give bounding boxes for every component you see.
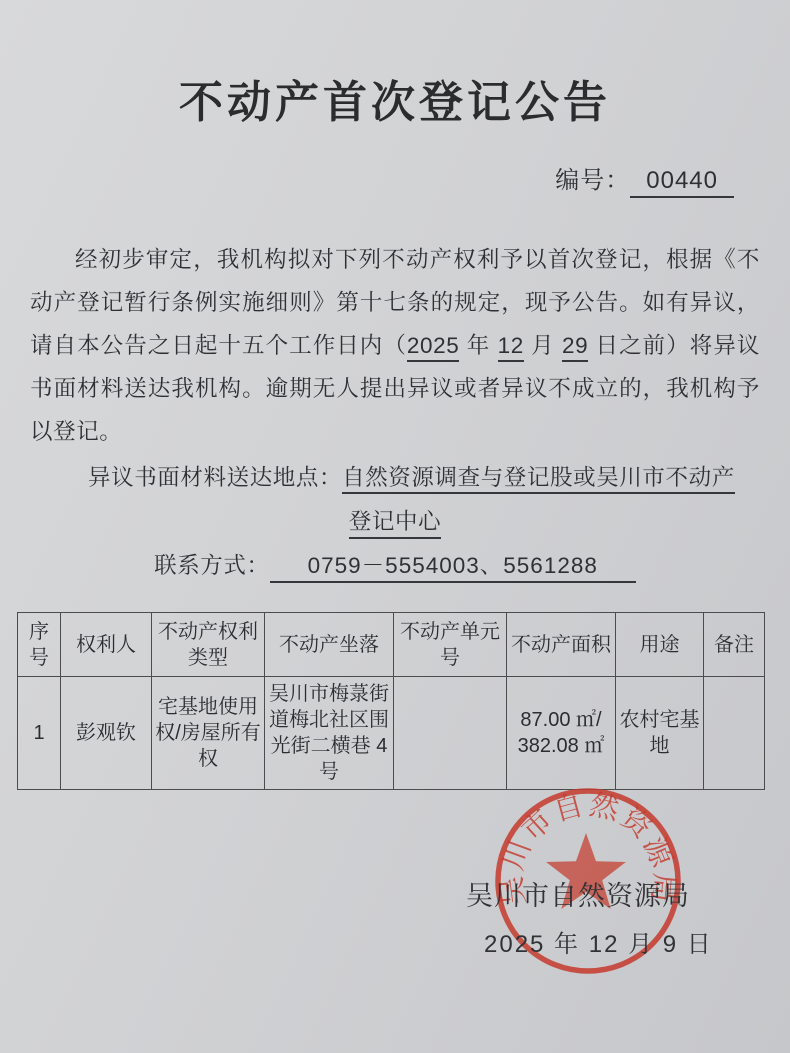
delivery-location-line2: 登记中心: [0, 504, 790, 540]
contact-value: 0759－5554003、5561288: [270, 553, 636, 583]
table-cell: 吴川市梅菉街道梅北社区围光街二横巷 4 号: [265, 677, 394, 790]
paragraph-text: 月: [524, 333, 562, 358]
column-header: 不动产坐落: [265, 613, 394, 677]
table-cell: 87.00 ㎡/ 382.08 ㎡: [507, 677, 616, 790]
announcement-document: 不动产首次登记公告 编号：00440 经初步审定，我机构拟对下列不动产权利予以首…: [0, 0, 790, 1053]
paragraph-text: 年: [459, 333, 497, 358]
column-header: 备注: [704, 613, 765, 677]
fill-in-value: 29: [562, 333, 588, 362]
column-header: 权利人: [61, 613, 152, 677]
document-number-value: 00440: [630, 167, 734, 198]
table-cell: 宅基地使用权/房屋所有权: [152, 677, 265, 790]
fill-in-value: 12: [498, 333, 524, 362]
table-cell: 彭观钦: [61, 677, 152, 790]
issue-date: 2025 年 12 月 9 日: [484, 924, 713, 959]
table-row: 1彭观钦宅基地使用权/房屋所有权吴川市梅菉街道梅北社区围光街二横巷 4 号87.…: [18, 677, 765, 790]
table-cell: [704, 677, 765, 790]
column-header: 不动产面积: [507, 613, 616, 677]
document-number-label: 编号：: [555, 167, 630, 194]
column-header: 不动产单元号: [394, 613, 507, 677]
table-cell: [394, 677, 507, 790]
delivery-location-label: 异议书面材料送达地点：: [88, 465, 342, 490]
contact-line: 联系方式：0759－5554003、5561288: [0, 548, 790, 584]
delivery-location-line: 异议书面材料送达地点：自然资源调查与登记股或吴川市不动产: [88, 460, 735, 496]
notice-paragraph: 经初步审定，我机构拟对下列不动产权利予以首次登记，根据《不动产登记暂行条例实施细…: [30, 238, 760, 453]
table-header-row: 序号权利人不动产权利类型不动产坐落不动产单元号不动产面积用途备注: [18, 613, 765, 677]
table-cell: 1: [18, 677, 61, 790]
contact-label: 联系方式：: [154, 553, 270, 578]
delivery-location-value2: 登记中心: [349, 509, 441, 539]
fill-in-value: 2025: [407, 333, 459, 362]
column-header: 序号: [18, 613, 61, 677]
column-header: 不动产权利类型: [152, 613, 265, 677]
delivery-location-value: 自然资源调查与登记股或吴川市不动产: [342, 465, 735, 494]
page-title: 不动产首次登记公告: [0, 66, 790, 130]
table-cell: 农村宅基地: [616, 677, 704, 790]
registration-table: 序号权利人不动产权利类型不动产坐落不动产单元号不动产面积用途备注 1彭观钦宅基地…: [17, 612, 765, 790]
document-number: 编号：00440: [555, 160, 734, 195]
column-header: 用途: [616, 613, 704, 677]
issuing-authority: 吴川市自然资源局: [466, 874, 690, 913]
